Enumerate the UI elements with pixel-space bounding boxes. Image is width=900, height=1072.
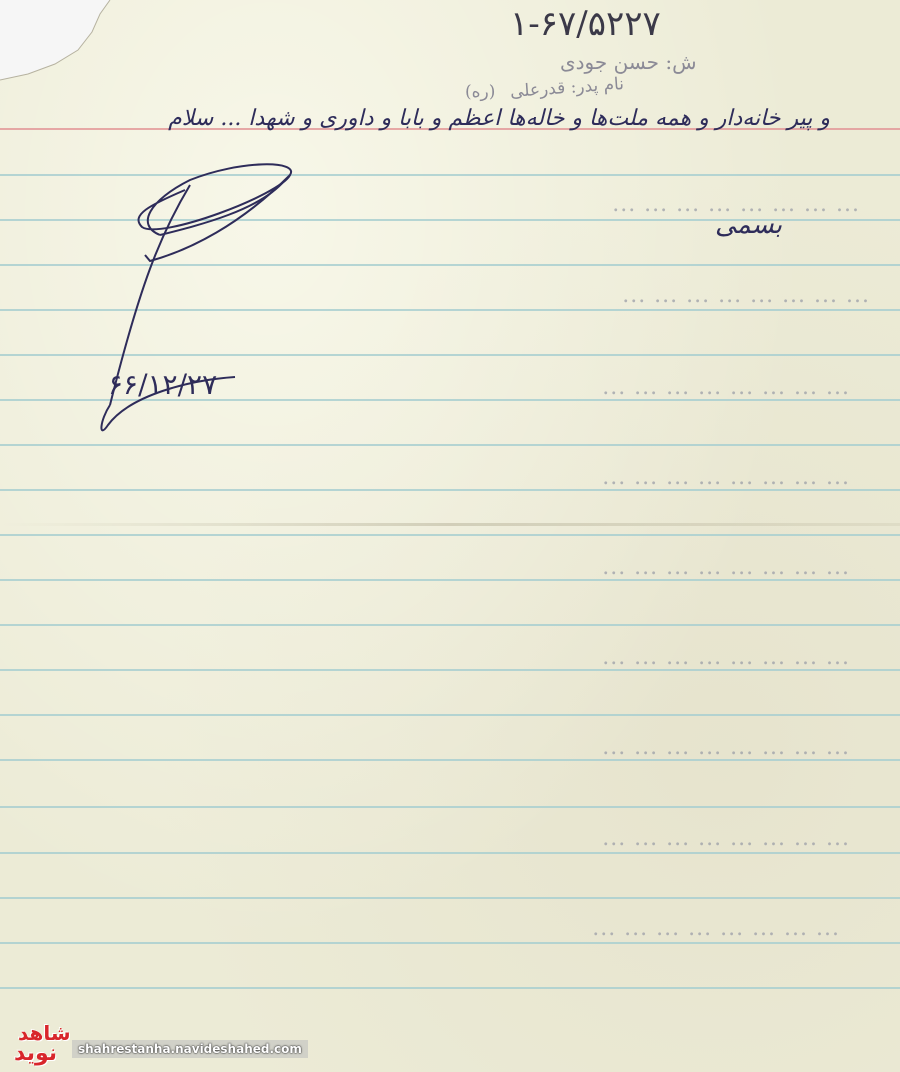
author-label: ش: حسن جودی bbox=[560, 50, 697, 74]
ruled-line bbox=[0, 534, 900, 536]
ruled-line bbox=[0, 942, 900, 944]
ruled-line bbox=[0, 714, 900, 716]
torn-corner bbox=[0, 0, 900, 90]
paper-fold bbox=[0, 523, 900, 526]
body-line: ... ... ... ... ... ... ... ... bbox=[40, 916, 840, 941]
site-logo: شاهد نوید bbox=[14, 1019, 70, 1069]
name-note: نام پدر: قدرعلی bbox=[509, 74, 624, 102]
watermark: شاهد نوید shahrestanha.navideshahed.com bbox=[14, 1018, 308, 1070]
ruled-line bbox=[0, 897, 900, 899]
body-line: ... ... ... ... ... ... ... ... bbox=[30, 555, 850, 580]
ruled-line bbox=[0, 624, 900, 626]
ruled-line bbox=[0, 852, 900, 854]
body-line: ... ... ... ... ... ... ... ... bbox=[30, 735, 850, 760]
body-line: ... ... ... ... ... ... ... ... bbox=[30, 645, 850, 670]
site-url: shahrestanha.navideshahed.com bbox=[72, 1040, 308, 1058]
signature-date: ۶۶/۱۲/۲۷ bbox=[108, 368, 217, 401]
logo-text-bottom: نوید bbox=[14, 1041, 57, 1066]
document-page: ۱-۶۷/۵۲۲۷ ش: حسن جودی نام پدر: قدرعلی (ر… bbox=[0, 0, 900, 1072]
archive-id: ۱-۶۷/۵۲۲۷ bbox=[510, 4, 661, 44]
ruled-line bbox=[0, 806, 900, 808]
signature bbox=[90, 155, 320, 445]
side-note: (ره) bbox=[465, 82, 495, 102]
body-line: ... ... ... ... ... ... ... ... bbox=[30, 826, 850, 851]
body-line: ... ... ... ... ... ... ... ... bbox=[30, 465, 850, 490]
ruled-line bbox=[0, 987, 900, 989]
salutation-line: و پیر خانه‌دار و همه ملت‌ها و خاله‌ها اع… bbox=[50, 106, 830, 131]
